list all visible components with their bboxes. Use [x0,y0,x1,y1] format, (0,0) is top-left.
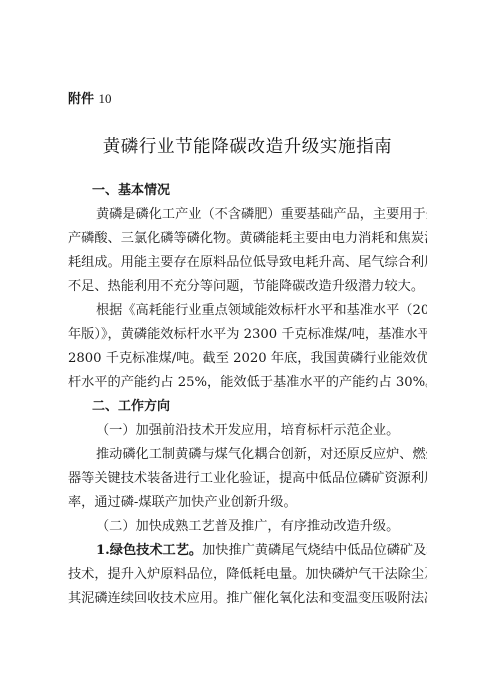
paragraph-overview: 黄磷是磷化工产业（不含磷肥）重要基础产品，主要用于生 产磷酸、三氯化磷等磷化物。… [68,203,427,299]
paragraph-line: 器等关键技术装备进行工业化验证，提高中低品位磷矿资源利用 [68,467,427,491]
paragraph-frontier-tech: 推动磷化工制黄磷与煤气化耦合创新，对还原反应炉、燃烧 器等关键技术装备进行工业化… [68,443,427,515]
subsection-heading-mature-process: （二）加快成熟工艺普及推广，有序推动改造升级。 [68,515,427,539]
document-title: 黄磷行业节能降碳改造升级实施指南 [0,133,495,158]
paragraph-line: 年版）》，黄磷能效标杆水平为 2300 千克标准煤/吨，基准水平 [68,323,427,347]
paragraph-line: 根据《高耗能行业重点领域能效标杆水平和基准水平（2021 [68,299,427,323]
paragraph-benchmark: 根据《高耗能行业重点领域能效标杆水平和基准水平（2021 年版）》，黄磷能效标杆… [68,299,427,395]
paragraph-line: 不足、热能利用不充分等问题，节能降碳改造升级潜力较大。 [68,275,427,299]
paragraph-line: 率，通过磷-煤联产加快产业创新升级。 [68,491,427,515]
document-page: 附件 10 黄磷行业节能降碳改造升级实施指南 一、基本情况 黄磷是磷化工产业（不… [0,0,495,700]
document-body: 一、基本情况 黄磷是磷化工产业（不含磷肥）重要基础产品，主要用于生 产磷酸、三氯… [68,179,427,611]
section-heading-work-direction: 二、工作方向 [68,395,427,419]
annex-label: 附件 10 [68,88,112,107]
paragraph-green-tech: 1.绿色技术工艺。加快推广黄磷尾气烧结中低品位磷矿及粉矿 技术，提升入炉原料品位… [68,539,427,611]
paragraph-line: 其泥磷连续回收技术应用。推广催化氧化法和变温变压吸附法净 [68,587,427,611]
paragraph-line: 推动磷化工制黄磷与煤气化耦合创新，对还原反应炉、燃烧 [68,443,427,467]
paragraph-line: 耗组成。用能主要存在原料品位低导致电耗升高、尾气综合利用 [68,251,427,275]
paragraph-line: 产磷酸、三氯化磷等磷化物。黄磷能耗主要由电力消耗和焦炭消 [68,227,427,251]
paragraph-line: 技术，提升入炉原料品位，降低耗电量。加快磷炉气干法除尘及 [68,563,427,587]
subsection-heading-frontier-tech: （一）加强前沿技术开发应用，培育标杆示范企业。 [68,419,427,443]
annex-number: 10 [99,91,112,106]
paragraph-line: 杆水平的产能约占 25%，能效低于基准水平的产能约占 30%。 [68,371,427,395]
annex-label-text: 附件 [68,92,94,107]
paragraph-line: 1.绿色技术工艺。加快推广黄磷尾气烧结中低品位磷矿及粉矿 [68,539,427,563]
paragraph-line: 黄磷是磷化工产业（不含磷肥）重要基础产品，主要用于生 [68,203,427,227]
item-label: 1.绿色技术工艺。 [96,543,202,558]
paragraph-line: 2800 千克标准煤/吨。截至 2020 年底，我国黄磷行业能效优于标 [68,347,427,371]
section-heading-basic-situation: 一、基本情况 [68,179,427,203]
item-text: 加快推广黄磷尾气烧结中低品位磷矿及粉矿 [202,543,427,558]
